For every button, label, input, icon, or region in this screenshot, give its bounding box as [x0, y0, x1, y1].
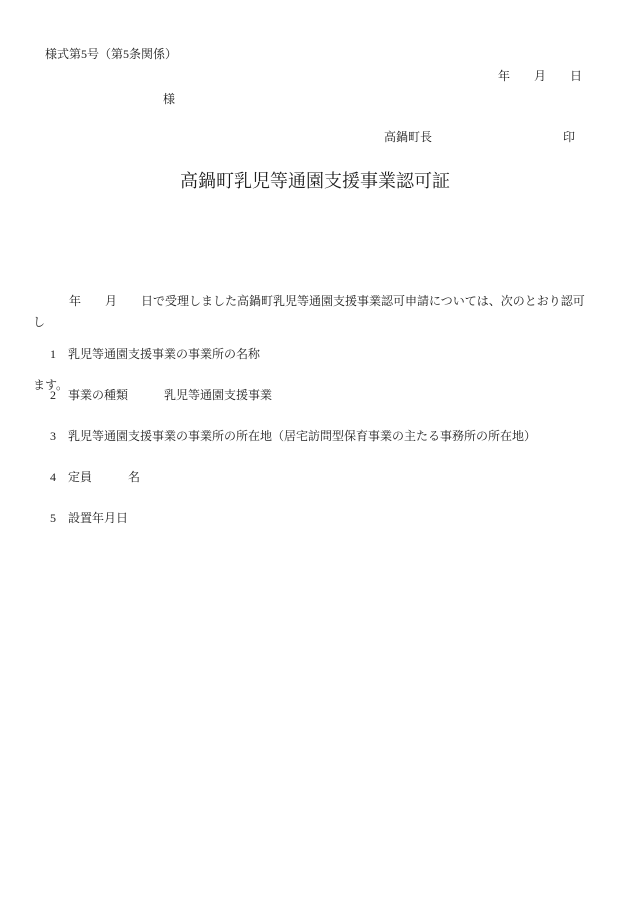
- item-number: 5: [50, 511, 68, 525]
- item-text: 事業の種類 乳児等通園支援事業: [68, 388, 600, 402]
- list-item: 5 設置年月日: [50, 511, 600, 525]
- form-number: 様式第5号（第5条関係）: [45, 47, 177, 61]
- issuer-name: 高鍋町長: [384, 130, 432, 144]
- item-text: 定員 名: [68, 470, 600, 484]
- list-item: 4 定員 名: [50, 470, 600, 484]
- document-page: 様式第5号（第5条関係） 年 月 日 様 高鍋町長 印 高鍋町乳児等通園支援事業…: [0, 0, 630, 903]
- list-item: 1 乳児等通園支援事業の事業所の名称: [50, 347, 600, 361]
- issuer-line: 高鍋町長 印: [384, 130, 575, 144]
- item-list: 1 乳児等通園支援事業の事業所の名称 2 事業の種類 乳児等通園支援事業 3 乳…: [50, 347, 600, 552]
- item-text: 乳児等通園支援事業の事業所の所在地（居宅訪問型保育事業の主たる事務所の所在地）: [68, 429, 600, 443]
- date-line: 年 月 日: [498, 69, 582, 83]
- seal-mark: 印: [563, 130, 575, 144]
- list-item: 2 事業の種類 乳児等通園支援事業: [50, 388, 600, 402]
- list-item: 3 乳児等通園支援事業の事業所の所在地（居宅訪問型保育事業の主たる事務所の所在地…: [50, 429, 600, 443]
- body-line-1: 年 月 日で受理しました高鍋町乳児等通園支援事業認可申請については、次のとおり認…: [33, 291, 590, 333]
- item-number: 2: [50, 388, 68, 402]
- addressee-suffix: 様: [163, 92, 175, 106]
- item-text: 乳児等通園支援事業の事業所の名称: [68, 347, 600, 361]
- item-number: 3: [50, 429, 68, 443]
- item-number: 4: [50, 470, 68, 484]
- document-title: 高鍋町乳児等通園支援事業認可証: [0, 170, 630, 192]
- item-text: 設置年月日: [68, 511, 600, 525]
- item-number: 1: [50, 347, 68, 361]
